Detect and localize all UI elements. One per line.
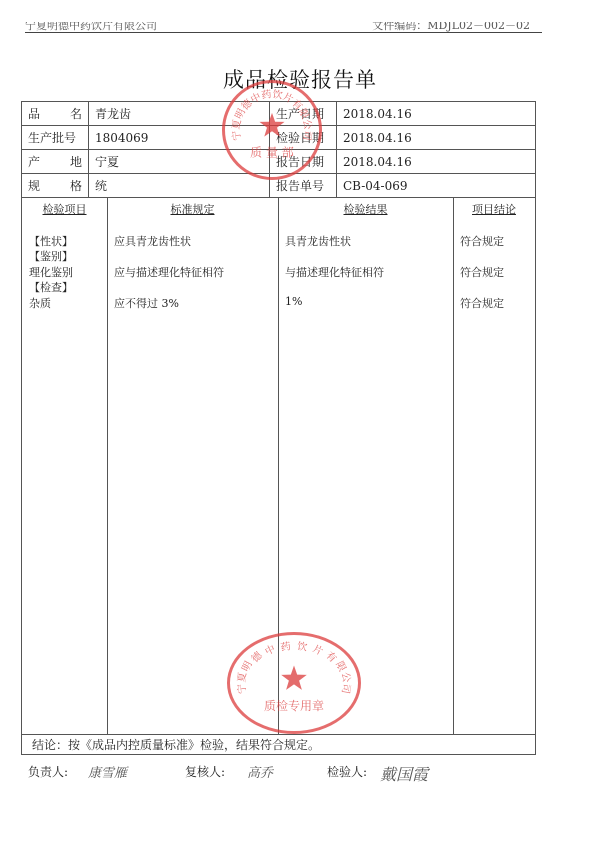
result-conclusion: 符合规定 <box>460 264 504 280</box>
svg-text:药: 药 <box>280 639 292 653</box>
svg-text:药: 药 <box>260 87 272 101</box>
result-standard: 应与描述理化特征相符 <box>114 264 224 280</box>
field-value: 统 <box>89 174 270 198</box>
responsible-label: 负责人: <box>28 763 68 780</box>
header-item: 检验项目 <box>22 201 107 217</box>
company-name: 宁夏明德中药饮片有限公司 <box>25 22 157 33</box>
header-standard: 标准规定 <box>107 201 278 217</box>
inspector-label: 检验人: <box>327 763 367 780</box>
result-result: 与描述理化特征相符 <box>285 264 384 280</box>
responsible-signature: 康雪雁 <box>88 762 127 781</box>
reviewer-label: 复核人: <box>185 763 225 780</box>
star-icon <box>259 113 284 137</box>
column-divider <box>453 197 454 734</box>
result-item: 理化鉴别 <box>29 264 73 280</box>
svg-text:宁: 宁 <box>229 130 243 142</box>
field-label: 品名 <box>22 102 89 126</box>
field-label: 产地 <box>22 150 89 174</box>
field-value: 2018.04.16 <box>337 102 536 126</box>
field-label: 规格 <box>22 174 89 198</box>
svg-text:公: 公 <box>339 672 351 684</box>
svg-text:公: 公 <box>300 119 312 131</box>
result-standard: 应不得过 3% <box>114 295 179 311</box>
header-conclusion: 项目结论 <box>453 201 535 217</box>
qc-seal-stamp: 宁夏明德中药饮片有限公司 质检专用章 <box>227 632 361 734</box>
svg-text:明: 明 <box>240 659 255 673</box>
document-code: 文件编码：MDJL02－002－02 <box>372 22 530 33</box>
result-result: 1% <box>285 295 302 308</box>
svg-text:夏: 夏 <box>235 671 248 683</box>
result-standard: 应具青龙齿性状 <box>114 233 191 249</box>
result-conclusion: 符合规定 <box>460 233 504 249</box>
svg-text:司: 司 <box>339 683 352 695</box>
field-value: 2018.04.16 <box>337 150 536 174</box>
result-conclusion: 符合规定 <box>460 295 504 311</box>
page-header: 宁夏明德中药饮片有限公司 文件编码：MDJL02－002－02 <box>25 22 542 33</box>
column-divider <box>107 197 108 734</box>
quality-dept-stamp: 宁夏明德中药饮片有限公司 质 量 部 <box>222 80 322 180</box>
field-label: 生产批号 <box>22 126 89 150</box>
svg-text:质检专用章: 质检专用章 <box>264 698 324 713</box>
result-item: 【性状】 <box>29 233 73 249</box>
svg-text:德: 德 <box>248 648 265 665</box>
field-value: 2018.04.16 <box>337 126 536 150</box>
result-result: 具青龙齿性状 <box>285 233 351 249</box>
svg-text:司: 司 <box>300 130 313 142</box>
result-item: 【鉴别】 <box>29 248 73 264</box>
svg-text:质 量 部: 质 量 部 <box>250 144 294 159</box>
result-item: 【检查】 <box>29 279 73 295</box>
reviewer-signature: 高乔 <box>247 762 273 781</box>
field-value: CB-04-069 <box>337 174 536 198</box>
header-result: 检验结果 <box>278 201 453 217</box>
svg-text:饮: 饮 <box>296 639 308 653</box>
svg-text:片: 片 <box>311 642 326 658</box>
inspector-signature: 戴国霞 <box>380 762 428 785</box>
result-item: 杂质 <box>29 295 51 311</box>
star-icon <box>281 666 307 690</box>
svg-text:宁: 宁 <box>234 683 248 695</box>
conclusion-text: 结论：按《成品内控质量标准》检验，结果符合规定。 <box>21 734 536 755</box>
svg-text:中: 中 <box>263 642 278 658</box>
